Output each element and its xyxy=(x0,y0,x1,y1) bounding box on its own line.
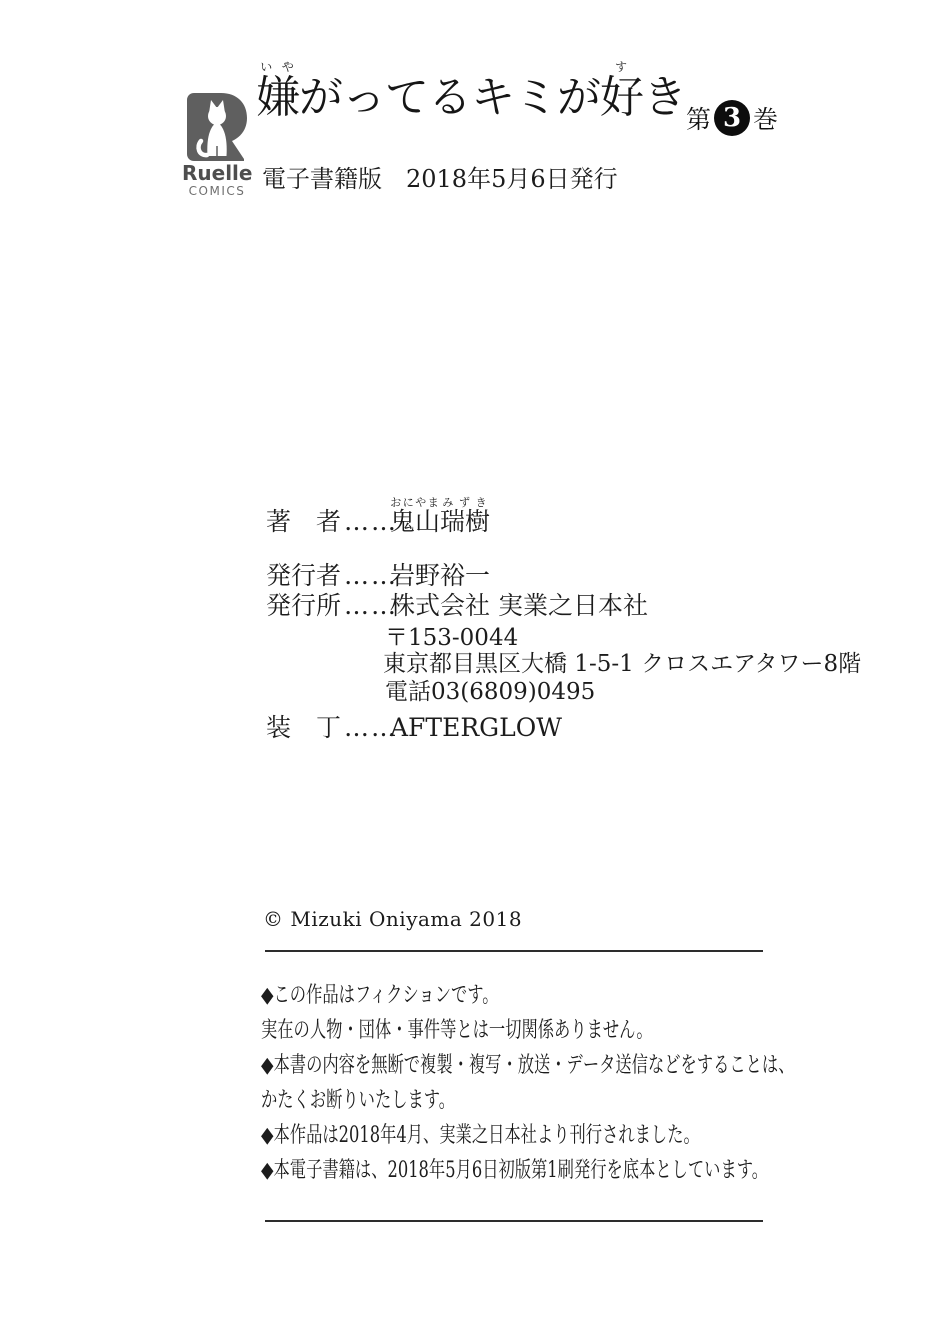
note-line: ◆この作品はフィクションです。 xyxy=(261,978,779,1013)
edition-line: 電子書籍版 2018年5月6日発行 xyxy=(262,159,618,194)
office-label: 発行所 xyxy=(266,586,344,622)
separator-rule-top xyxy=(265,950,763,952)
note-line: ◆本書の内容を無断で複製・複写・放送・データ送信などをすることは、 xyxy=(261,1048,779,1083)
office-name: 株式会社 実業之日本社 xyxy=(390,586,648,622)
ruelle-cat-logo-icon xyxy=(187,93,247,161)
volume-badge: 第 3 巻 xyxy=(686,100,778,136)
colophon-page: Ruelle COMICS 嫌いやがってるキミが好すき 第 3 巻 電子書籍版 … xyxy=(0,0,945,1344)
design-row: 装 丁 …… AFTERGLOW xyxy=(266,708,562,744)
note-line: ◆本作品は2018年4月、実業之日本社より刊行されました。 xyxy=(261,1118,779,1153)
book-title: 嫌いやがってるキミが好すき xyxy=(256,60,686,125)
author-row: 著 者 …… 鬼山おにやま瑞樹みずき xyxy=(266,496,490,538)
author-name: 鬼山おにやま瑞樹みずき xyxy=(390,496,490,538)
notes-section: ◆この作品はフィクションです。 実在の人物・団体・事件等とは一切関係ありません。… xyxy=(261,978,779,1188)
brand-subname: COMICS xyxy=(182,185,252,198)
title-ruby-su: 好す xyxy=(600,72,643,123)
dot-leader: …… xyxy=(344,507,390,536)
title-ruby-iya: 嫌いや xyxy=(256,72,299,123)
dot-leader: …… xyxy=(344,591,390,620)
publisher-logo: Ruelle COMICS xyxy=(182,93,252,198)
note-line: ◆本電子書籍は、2018年5月6日初版第1刷発行を底本としています。 xyxy=(261,1153,779,1188)
volume-number-circle: 3 xyxy=(714,100,750,136)
design-name: AFTERGLOW xyxy=(390,713,562,742)
publishing-office-row: 発行所 …… 株式会社 実業之日本社 xyxy=(266,586,648,622)
separator-rule-bottom xyxy=(265,1220,763,1222)
brand-name: Ruelle xyxy=(182,163,252,184)
phone-line: 電話03(6809)0495 xyxy=(385,673,595,706)
design-label: 装 丁 xyxy=(266,708,344,744)
dot-leader: …… xyxy=(344,713,390,742)
note-line: 実在の人物・団体・事件等とは一切関係ありません。 xyxy=(261,1013,779,1048)
volume-prefix: 第 xyxy=(686,100,711,136)
title-middle: がってるキミが xyxy=(299,72,600,123)
volume-suffix: 巻 xyxy=(753,100,778,136)
copyright-line: © Mizuki Oniyama 2018 xyxy=(263,907,522,931)
title-end: き xyxy=(643,72,686,123)
note-line: かたくお断りいたします。 xyxy=(261,1083,779,1118)
author-label: 著 者 xyxy=(266,502,344,538)
